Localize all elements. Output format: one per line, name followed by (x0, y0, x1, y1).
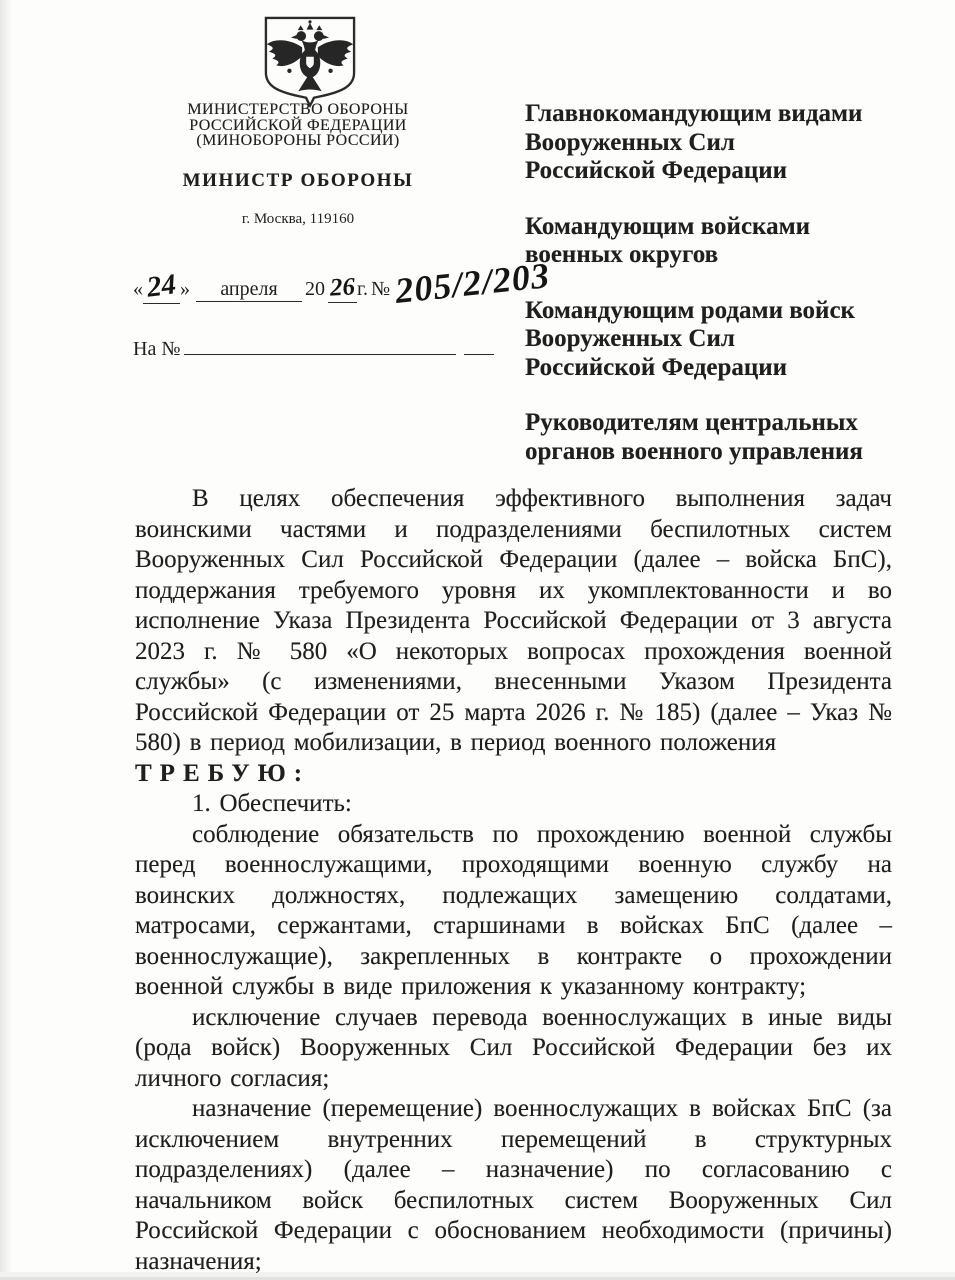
reference-blank (184, 330, 456, 355)
demand-word: ТРЕБУЮ: (135, 759, 892, 790)
ministry-name: МИНИСТЕРСТВО ОБОРОНЫ РОССИЙСКОЙ ФЕДЕРАЦИ… (118, 102, 478, 149)
date-year: 26 (328, 274, 357, 303)
date-month: апреля (196, 278, 302, 302)
scan-edge-left (0, 0, 12, 1280)
document-page: МИНИСТЕРСТВО ОБОРОНЫ РОССИЙСКОЙ ФЕДЕРАЦИ… (0, 0, 955, 1280)
year-suffix: г. (357, 278, 368, 301)
number-sign: № (368, 278, 393, 301)
body-paragraph-appointments: назначение (перемещение) военнослужащих … (135, 1094, 892, 1277)
date-line: «24» апреля 2026г. №205/2/203 (133, 262, 553, 308)
coat-of-arms-icon (257, 14, 363, 110)
reference-number-line: На № (133, 330, 494, 361)
body-paragraph-transfer-exclusion: исключение случаев перевода военнослужащ… (135, 1003, 892, 1095)
body-paragraph-item1: 1. Обеспечить: (135, 789, 892, 820)
reference-label: На № (133, 338, 180, 361)
addressee-central-bodies: Руководителям центральных органов военно… (525, 409, 945, 466)
document-body: В целях обеспечения эффективного выполне… (135, 484, 892, 1277)
addressee-commanders-in-chief: Главнокомандующим видами Вооруженных Сил… (525, 100, 945, 186)
year-prefix: 20 (302, 278, 328, 301)
addressee-list: Главнокомандующим видами Вооруженных Сил… (525, 100, 945, 493)
city-zip-line: г. Москва, 119160 (118, 211, 478, 228)
body-paragraph-purpose: В целях обеспечения эффективного выполне… (135, 484, 892, 759)
body-paragraph-obligations: соблюдение обязательств по прохождению в… (135, 820, 892, 1003)
addressee-branch-commanders: Командующим родами войск Вооруженных Сил… (525, 297, 945, 383)
minister-title: МИНИСТР ОБОРОНЫ (118, 170, 478, 192)
date-day: 24 (143, 270, 180, 304)
addressee-district-commanders: Командующим войсками военных округов (525, 213, 945, 270)
reference-blank-short (464, 330, 494, 355)
